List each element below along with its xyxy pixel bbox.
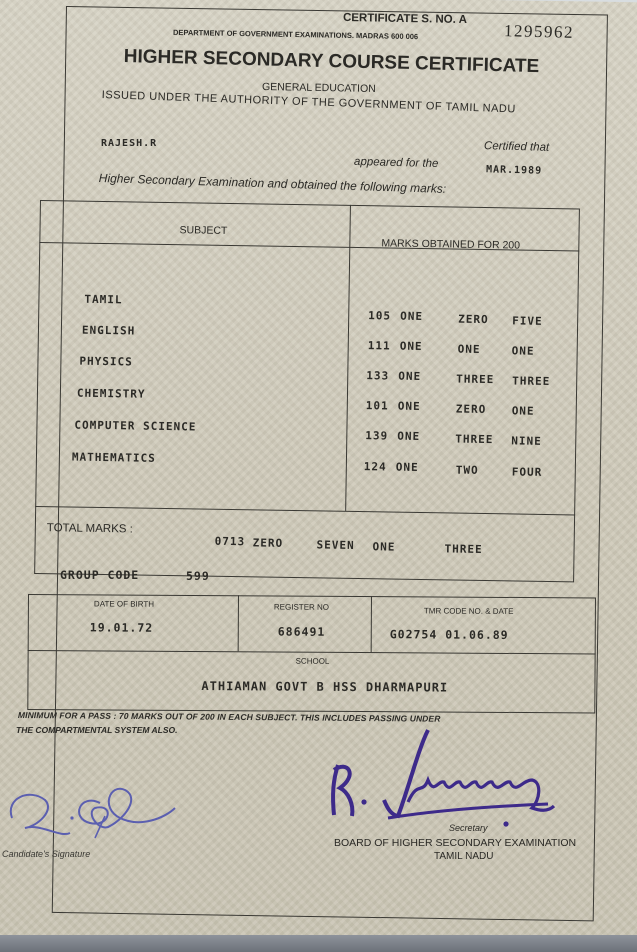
marks-word-3: ONE: [512, 404, 535, 417]
background-surface: [0, 935, 637, 952]
candidate-signature-icon: [0, 778, 190, 848]
total-word-4: THREE: [444, 542, 482, 556]
register-label: REGISTER NO: [274, 603, 329, 612]
secretary-signature-icon: [318, 720, 578, 830]
subject-header: SUBJECT: [179, 224, 227, 237]
total-marks-value: 0713: [215, 535, 246, 548]
candidate-signature-label: Candidate's Signature: [2, 849, 90, 859]
marks-word-2: THREE: [455, 433, 493, 447]
school-label: SCHOOL: [296, 657, 330, 666]
marks-header: MARKS OBTAINED FOR 200: [381, 237, 520, 251]
marks-cell: 111: [368, 339, 391, 352]
marks-word-3: NINE: [511, 434, 542, 447]
marks-word-1: ONE: [398, 400, 421, 413]
group-code-label: GROUP CODE: [60, 568, 139, 582]
marks-word-1: ONE: [400, 340, 423, 353]
exam-session: MAR.1989: [486, 164, 542, 176]
marks-cell: 139: [365, 429, 388, 442]
subject-cell: COMPUTER SCIENCE: [74, 419, 196, 434]
pass-note-line-2: THE COMPARTMENTAL SYSTEM ALSO.: [16, 725, 178, 735]
marks-word-2: THREE: [456, 373, 494, 387]
subject-cell: ENGLISH: [82, 324, 136, 338]
board-line-1: BOARD OF HIGHER SECONDARY EXAMINATION: [334, 837, 576, 849]
subject-cell: PHYSICS: [79, 355, 133, 369]
marks-word-2: ZERO: [456, 403, 487, 416]
marks-word-3: FIVE: [512, 314, 543, 327]
total-word-1: ZERO: [253, 536, 284, 549]
marks-cell: 133: [366, 369, 389, 382]
marks-word-2: TWO: [456, 464, 479, 477]
tmr-label: TMR CODE NO. & DATE: [424, 606, 514, 616]
certified-that-text: Certified that: [484, 140, 549, 154]
subject-cell: CHEMISTRY: [77, 387, 146, 401]
dob-value: 19.01.72: [90, 620, 153, 634]
total-word-3: ONE: [372, 540, 395, 553]
marks-cell: 124: [364, 460, 387, 473]
serial-number: 1295962: [504, 21, 574, 43]
marks-word-1: ONE: [397, 430, 420, 443]
tmr-value: G02754 01.06.89: [390, 627, 509, 642]
marks-word-2: ZERO: [458, 313, 489, 326]
board-line-2: TAMIL NADU: [434, 851, 493, 862]
marks-word-1: ONE: [400, 310, 423, 323]
marks-word-3: FOUR: [512, 465, 543, 478]
marks-table: SUBJECT MARKS OBTAINED FOR 200 TAMIL 105…: [34, 200, 580, 583]
group-code-value: 599: [186, 569, 210, 583]
candidate-name: RAJESH.R: [101, 138, 157, 149]
marks-cell: 101: [366, 399, 389, 412]
marks-word-2: ONE: [458, 343, 481, 356]
school-value: ATHIAMAN GOVT B HSS DHARMAPURI: [201, 679, 448, 695]
marks-word-3: ONE: [512, 344, 535, 357]
marks-word-1: ONE: [396, 461, 419, 474]
marks-word-3: THREE: [512, 374, 550, 388]
total-word-2: SEVEN: [317, 538, 355, 552]
register-value: 686491: [278, 625, 326, 639]
details-box: DATE OF BIRTH 19.01.72 REGISTER NO 68649…: [27, 594, 596, 713]
serial-label: CERTIFICATE S. NO. A: [343, 12, 467, 26]
marks-cell: 105: [368, 309, 391, 322]
marks-word-1: ONE: [398, 370, 421, 383]
appeared-for-text: appeared for the: [354, 156, 439, 170]
total-marks-label: TOTAL MARKS :: [47, 522, 133, 535]
certificate-subtitle: GENERAL EDUCATION: [262, 81, 376, 95]
dob-label: DATE OF BIRTH: [94, 599, 154, 608]
secretary-label: Secretary: [449, 823, 488, 833]
subject-cell: TAMIL: [84, 293, 122, 307]
subject-cell: MATHEMATICS: [72, 451, 156, 465]
